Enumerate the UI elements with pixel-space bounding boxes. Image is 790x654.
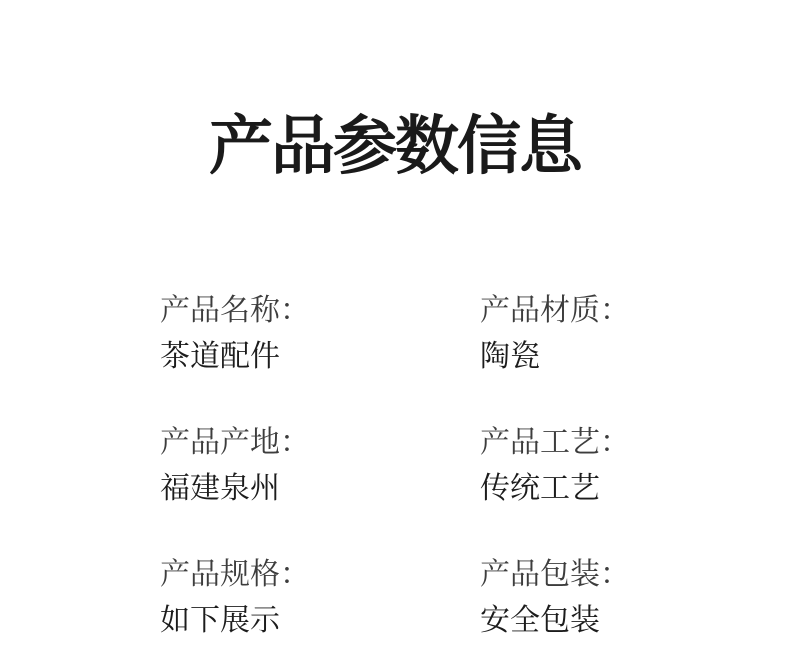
param-value: 如下展示 <box>160 605 480 637</box>
param-item-craft: 产品工艺： 传统工艺 <box>480 428 790 505</box>
param-value: 陶瓷 <box>480 341 790 373</box>
param-label: 产品名称： <box>160 296 480 326</box>
param-label: 产品材质： <box>480 296 790 326</box>
param-label: 产品规格： <box>160 560 480 590</box>
param-label: 产品产地： <box>160 428 480 458</box>
params-grid: 产品名称： 茶道配件 产品材质： 陶瓷 产品产地： 福建泉州 产品工艺： 传统工… <box>160 296 790 637</box>
param-value: 茶道配件 <box>160 341 480 373</box>
param-value: 安全包装 <box>480 605 790 637</box>
param-value: 福建泉州 <box>160 473 480 505</box>
param-item-origin: 产品产地： 福建泉州 <box>160 428 480 505</box>
param-item-name: 产品名称： 茶道配件 <box>160 296 480 373</box>
param-value: 传统工艺 <box>480 473 790 505</box>
param-label: 产品工艺： <box>480 428 790 458</box>
product-parameters-section: 产品参数信息 产品名称： 茶道配件 产品材质： 陶瓷 产品产地： 福建泉州 产品… <box>0 0 790 654</box>
param-label: 产品包装： <box>480 560 790 590</box>
page-title: 产品参数信息 <box>0 112 790 182</box>
param-item-spec: 产品规格： 如下展示 <box>160 560 480 637</box>
param-item-packaging: 产品包装： 安全包装 <box>480 560 790 637</box>
param-item-material: 产品材质： 陶瓷 <box>480 296 790 373</box>
